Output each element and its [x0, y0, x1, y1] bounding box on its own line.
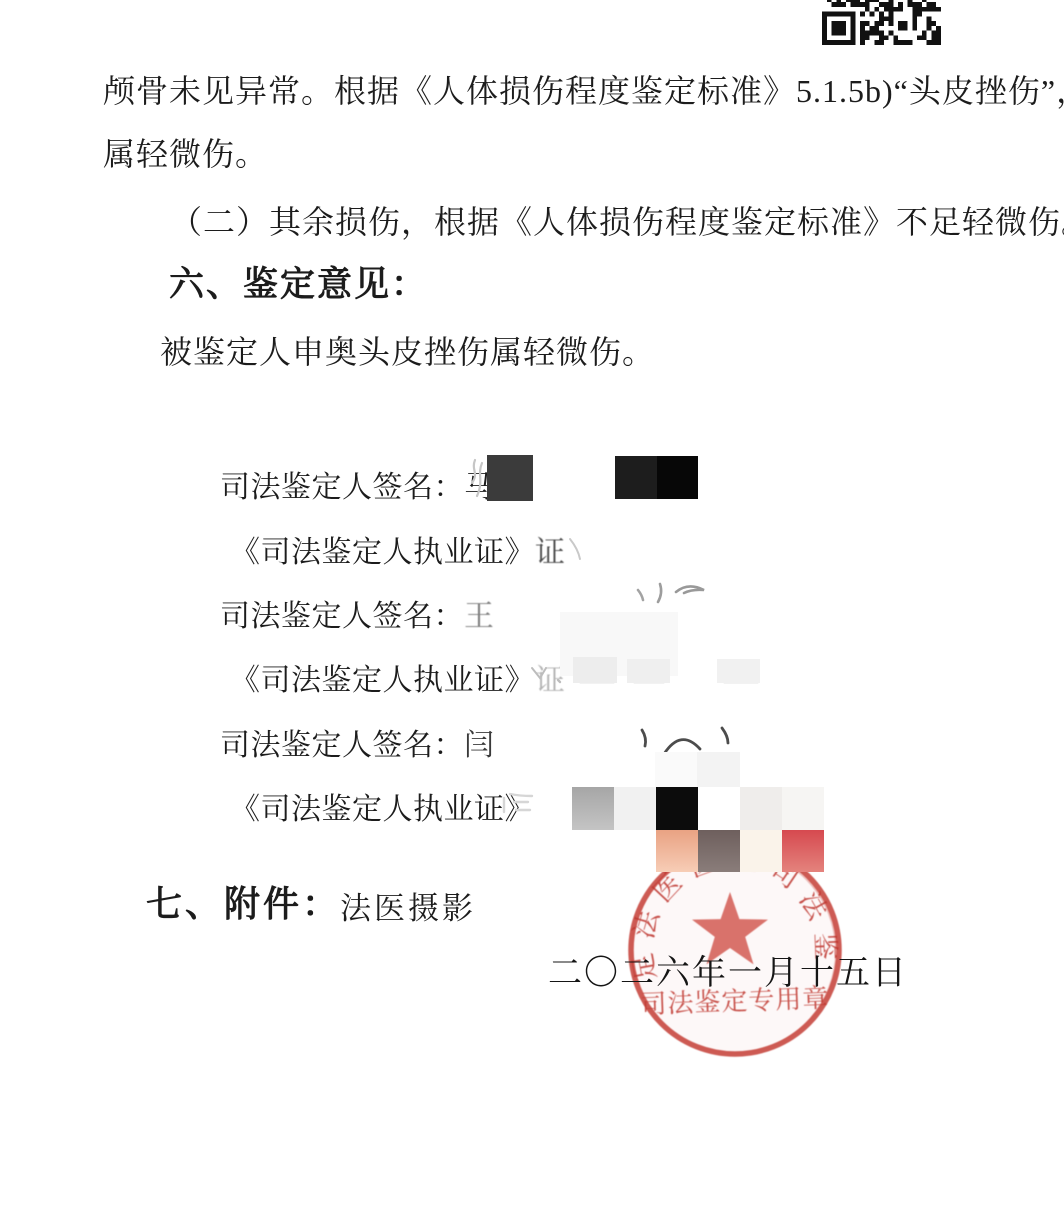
signature-label: 司法鉴定人签名：: [220, 729, 464, 762]
qr-code-icon: [822, 0, 941, 45]
section-7-value: 法医摄影: [340, 883, 476, 928]
redaction-block: [698, 830, 740, 872]
ghost-cert-stroke: [500, 790, 540, 820]
signature-label: 司法鉴定人签名：: [220, 471, 464, 504]
redaction-block: [782, 830, 824, 872]
cert-suffix: 证: [535, 536, 566, 569]
redaction-block: [614, 787, 656, 830]
redaction-block: [740, 830, 782, 872]
paragraph-1-line-2: 属轻微伤。: [103, 129, 268, 175]
paragraph-1-line-1: 颅骨未见异常。根据《人体损伤程度鉴定标准》5.1.5b)“头皮挫伤”，: [103, 66, 1064, 112]
redaction-block: [615, 456, 657, 499]
signature-surname: 闫: [464, 729, 495, 762]
opinion-text: 被鉴定人申奥头皮挫伤属轻微伤。: [160, 327, 655, 373]
redaction-block: [572, 787, 614, 830]
redaction-block: [656, 787, 698, 830]
appraiser-cert-line-2: 《司法鉴定人执业证》证: [230, 655, 566, 699]
section-7-label: 七、附件：: [146, 876, 341, 927]
report-date: 二〇二六年一月十五日: [548, 945, 908, 994]
appraiser-cert-line-1: 《司法鉴定人执业证》证: [230, 527, 566, 571]
signature-surname: 王: [464, 600, 495, 633]
scanned-document-page: 颅骨未见异常。根据《人体损伤程度鉴定标准》5.1.5b)“头皮挫伤”， 属轻微伤…: [0, 0, 1064, 1220]
appraiser-signature-line-2: 司法鉴定人签名：王: [220, 591, 495, 635]
redaction-block: [740, 787, 782, 830]
signature-label: 司法鉴定人签名：: [220, 600, 464, 633]
redaction-block: [698, 787, 740, 830]
redaction-block: [782, 787, 824, 830]
paragraph-2: （二）其余损伤，根据《人体损伤程度鉴定标准》不足轻微伤。: [170, 197, 1064, 243]
redaction-block: [573, 657, 617, 683]
redaction-block: [627, 659, 670, 683]
redaction-block: [487, 455, 533, 501]
cert-label: 《司法鉴定人执业证》: [230, 793, 535, 826]
redaction-block: [697, 752, 740, 787]
redaction-block: [717, 659, 760, 683]
section-6-heading: 六、鉴定意见：: [169, 257, 428, 307]
redaction-block: [655, 752, 697, 787]
ghost-cert-stroke: [565, 535, 585, 565]
redaction-block: [656, 830, 698, 872]
redaction-block: [657, 456, 698, 499]
appraiser-cert-line-3: 《司法鉴定人执业证》: [230, 784, 535, 828]
appraiser-signature-line-1: 司法鉴定人签名：马: [220, 462, 495, 506]
cert-label: 《司法鉴定人执业证》: [230, 536, 535, 569]
cert-label: 《司法鉴定人执业证》: [230, 664, 535, 697]
appraiser-signature-line-3: 司法鉴定人签名：闫: [220, 720, 495, 764]
